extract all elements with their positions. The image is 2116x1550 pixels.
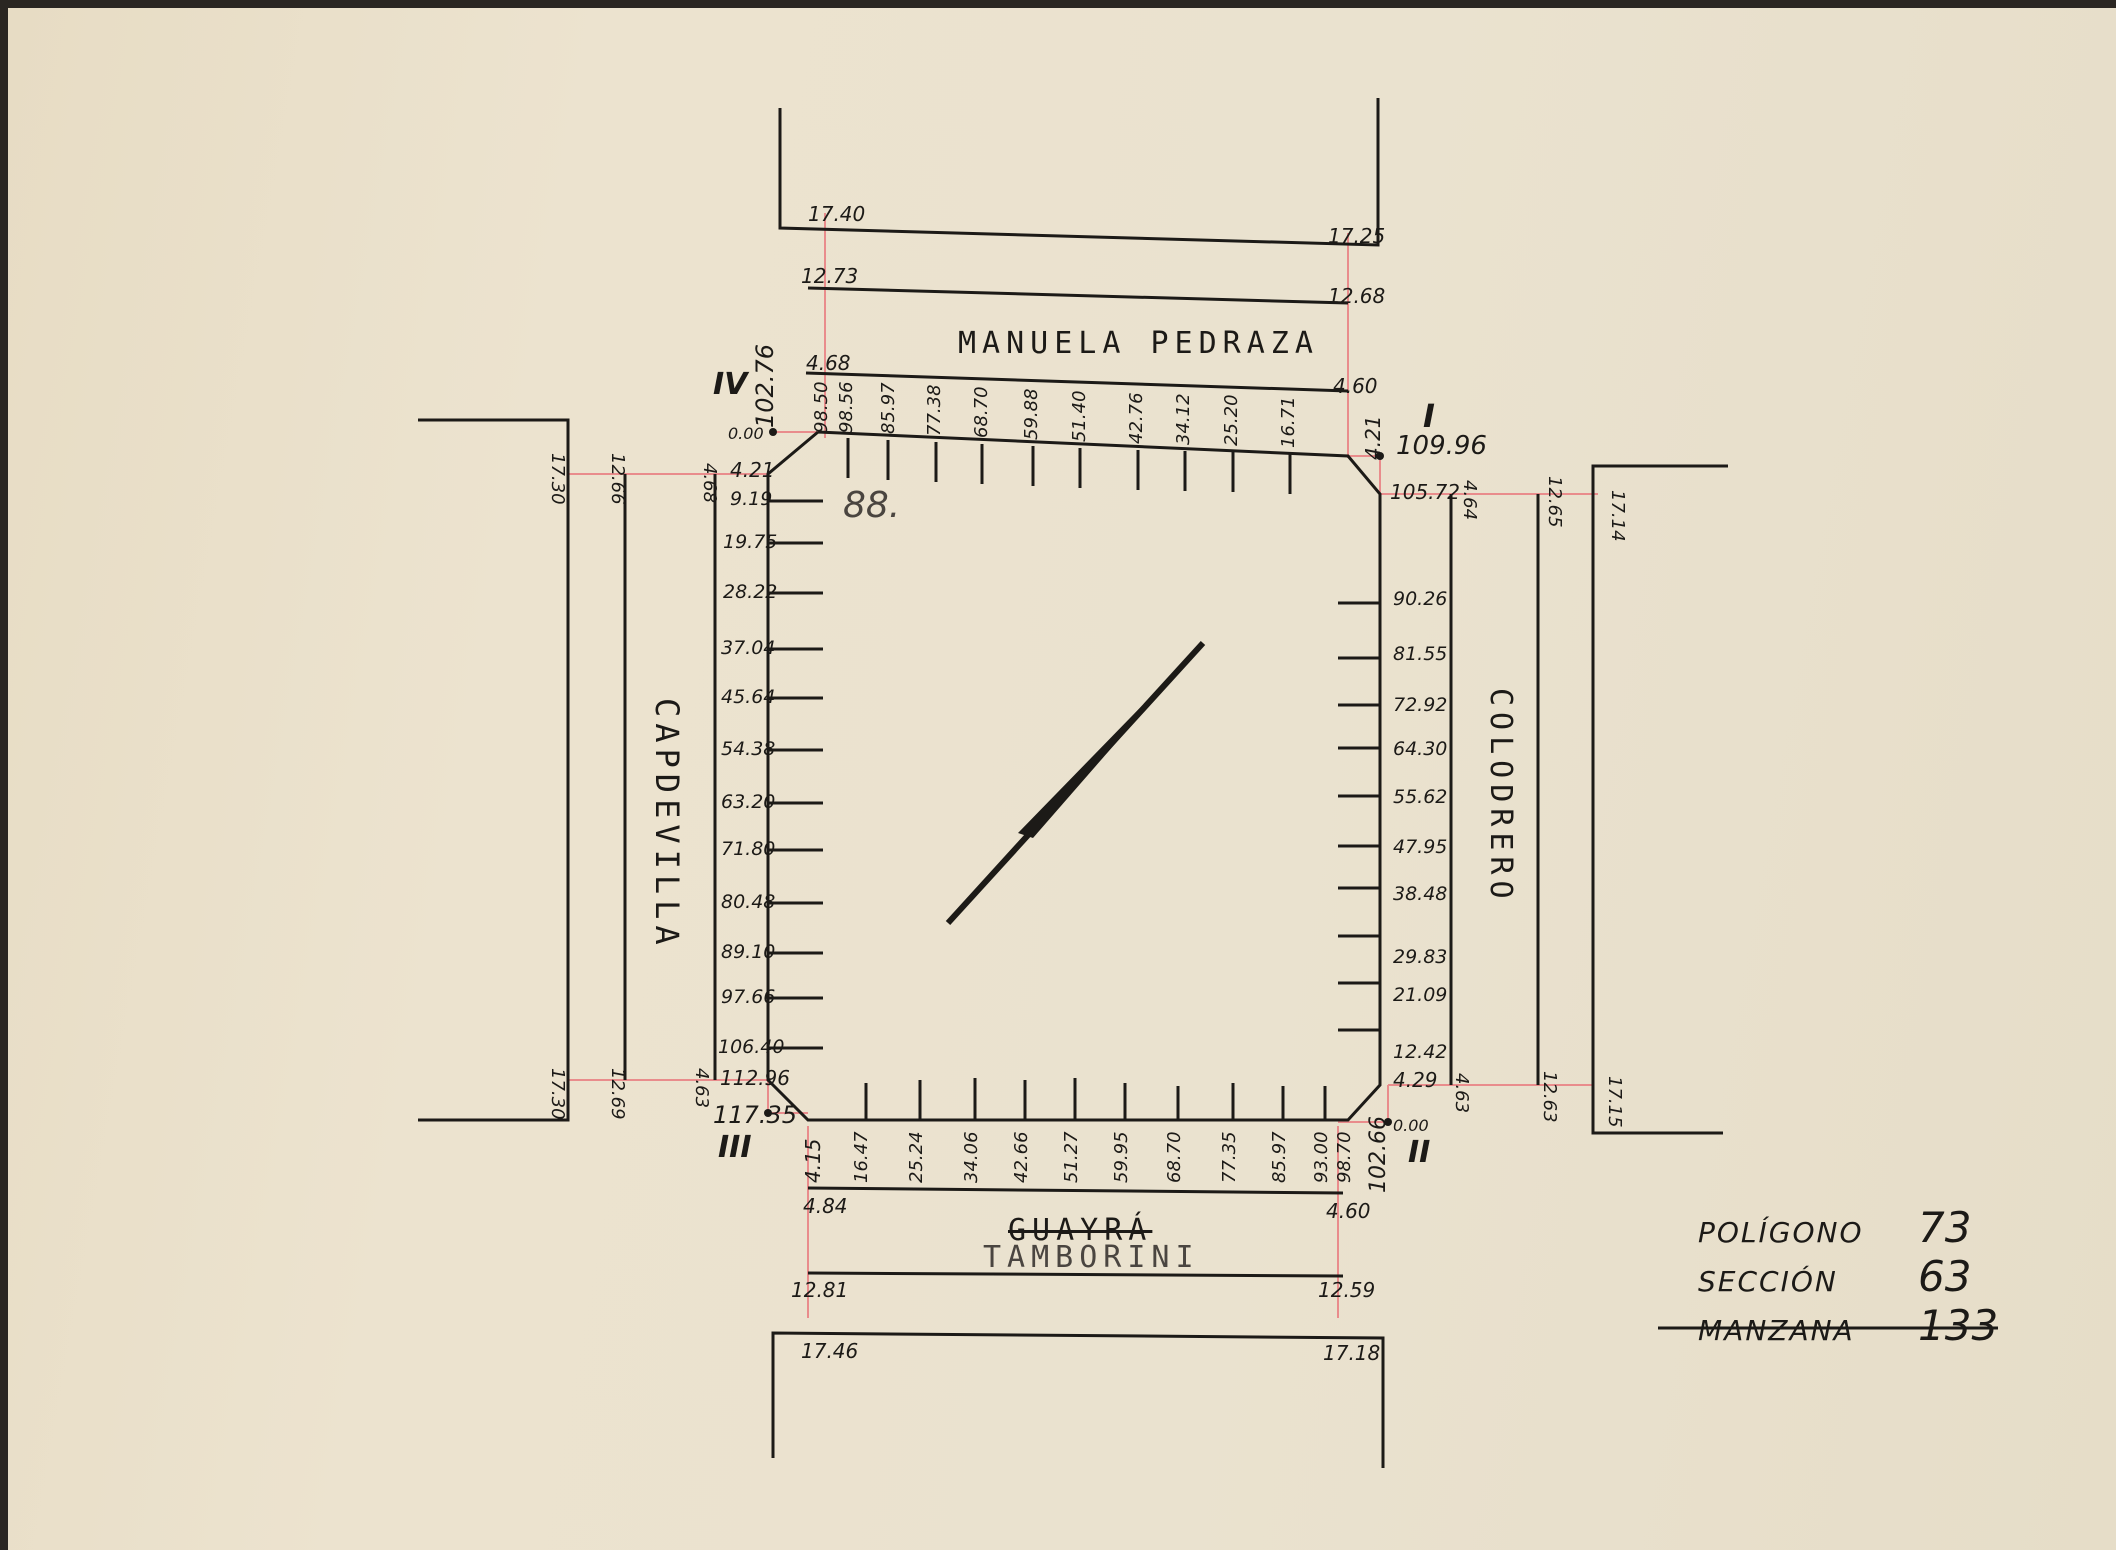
west-distance: 37.04 bbox=[721, 639, 775, 658]
east-distance: 81.55 bbox=[1393, 645, 1447, 664]
west-curb-n: 12.66 bbox=[608, 453, 626, 505]
poligono-value: 73 bbox=[1918, 1203, 1971, 1252]
south-distance: 68.70 bbox=[1166, 1131, 1184, 1183]
east-front-n: 17.14 bbox=[1608, 490, 1626, 542]
west-distance: 71.80 bbox=[721, 840, 775, 859]
east-curb-n: 12.65 bbox=[1545, 476, 1563, 528]
corner-iv-label: IV bbox=[713, 370, 747, 400]
corner-ii-label: II bbox=[1408, 1138, 1430, 1168]
south-curb-w: 12.81 bbox=[791, 1280, 848, 1300]
west-sidewalk-n: 4.68 bbox=[700, 463, 718, 503]
manzana-value: 133 bbox=[1918, 1301, 1998, 1350]
street-south: TAMBORINI bbox=[983, 1240, 1200, 1275]
east-distance: 55.62 bbox=[1393, 788, 1447, 807]
poligono-row: POLÍGONO 73 bbox=[1698, 1203, 1998, 1252]
east-sidewalk-s: 4.63 bbox=[1452, 1073, 1470, 1113]
north-curb-e: 12.68 bbox=[1328, 286, 1385, 306]
pencil-annotation: 88. bbox=[843, 488, 900, 524]
east-curb-s: 12.63 bbox=[1540, 1071, 1558, 1123]
east-front-s: 17.15 bbox=[1605, 1076, 1623, 1128]
north-distance: 16.71 bbox=[1280, 396, 1298, 448]
south-distance: 34.06 bbox=[963, 1131, 981, 1183]
corner-iii-prev: 112.96 bbox=[720, 1068, 790, 1088]
corner-ii-next: 4.29 bbox=[1393, 1070, 1438, 1090]
corner-iii-label: III bbox=[718, 1133, 752, 1163]
corner-iii-perimeter: 117.35 bbox=[713, 1103, 797, 1127]
south-distance: 42.66 bbox=[1013, 1131, 1031, 1183]
south-sidewalk-e: 4.60 bbox=[1326, 1201, 1371, 1221]
corner-ii-prev: 98.70 bbox=[1336, 1131, 1354, 1183]
west-distance: 89.10 bbox=[721, 943, 775, 962]
north-distance: 85.97 bbox=[880, 382, 898, 434]
north-sidewalk-e: 4.60 bbox=[1333, 376, 1378, 396]
west-distance: 80.48 bbox=[721, 893, 775, 912]
corner-iv-next: 4.21 bbox=[730, 460, 775, 480]
parcel-info: POLÍGONO 73 SECCIÓN 63 MANZANA 133 bbox=[1698, 1203, 1998, 1350]
west-distance: 63.20 bbox=[721, 793, 775, 812]
south-distance: 85.97 bbox=[1271, 1131, 1289, 1183]
west-distance: 106.40 bbox=[718, 1038, 784, 1057]
north-distance: 42.76 bbox=[1128, 392, 1146, 444]
north-distance: 51.40 bbox=[1071, 390, 1089, 442]
west-distance: 28.22 bbox=[723, 583, 777, 602]
west-distance: 54.38 bbox=[721, 740, 775, 759]
east-distance: 90.26 bbox=[1393, 590, 1447, 609]
south-front-e: 17.18 bbox=[1323, 1343, 1380, 1363]
street-west: CAPDEVILLA bbox=[648, 698, 686, 951]
west-distance: 9.19 bbox=[730, 490, 772, 509]
west-front-s: 17.30 bbox=[548, 1068, 566, 1120]
north-front-e: 17.25 bbox=[1328, 226, 1385, 246]
east-distance: 64.30 bbox=[1393, 740, 1447, 759]
north-distance: 98.56 bbox=[838, 381, 856, 433]
south-distance: 51.27 bbox=[1063, 1131, 1081, 1183]
south-distance: 59.95 bbox=[1113, 1131, 1131, 1183]
south-distance: 16.47 bbox=[853, 1131, 871, 1183]
south-distance: 77.35 bbox=[1221, 1131, 1239, 1183]
north-distance: 59.88 bbox=[1023, 388, 1041, 440]
east-distance: 72.92 bbox=[1393, 696, 1447, 715]
east-distance: 29.83 bbox=[1393, 948, 1447, 967]
seccion-row: SECCIÓN 63 bbox=[1698, 1252, 1998, 1301]
corner-iv-prev: 98.50 bbox=[813, 381, 831, 433]
south-front-w: 17.46 bbox=[801, 1341, 858, 1361]
seccion-value: 63 bbox=[1918, 1252, 1971, 1301]
corner-i-next: 105.72 bbox=[1390, 482, 1460, 502]
poligono-label: POLÍGONO bbox=[1698, 1216, 1888, 1249]
north-curb-w: 12.73 bbox=[801, 266, 858, 286]
west-sidewalk-s: 4.63 bbox=[692, 1068, 710, 1108]
corner-ii-zero: 0.00 bbox=[1393, 1118, 1429, 1134]
east-distance: 47.95 bbox=[1393, 838, 1447, 857]
south-curb-e: 12.59 bbox=[1318, 1280, 1375, 1300]
north-distance: 77.38 bbox=[926, 384, 944, 436]
corner-iii-next: 4.15 bbox=[803, 1138, 823, 1183]
north-distance: 34.12 bbox=[1175, 393, 1193, 445]
corner-i-prev: 4.21 bbox=[1363, 415, 1383, 460]
south-sidewalk-w: 4.84 bbox=[803, 1196, 848, 1216]
corner-iv-zero: 0.00 bbox=[728, 426, 764, 442]
south-distance: 93.00 bbox=[1313, 1131, 1331, 1183]
west-distance: 45.64 bbox=[721, 688, 775, 707]
west-front-n: 17.30 bbox=[548, 453, 566, 505]
north-distance: 68.70 bbox=[973, 386, 991, 438]
west-distance: 97.66 bbox=[721, 988, 775, 1007]
scanned-sheet: MANUELA PEDRAZA CAPDEVILLA COLODRERO GUA… bbox=[8, 8, 2116, 1550]
street-north: MANUELA PEDRAZA bbox=[958, 326, 1319, 361]
north-sidewalk-w: 4.68 bbox=[806, 353, 851, 373]
east-distance: 21.09 bbox=[1393, 986, 1447, 1005]
north-arrow-icon bbox=[948, 643, 1203, 923]
manzana-row: MANZANA 133 bbox=[1698, 1301, 1998, 1350]
manzana-label: MANZANA bbox=[1698, 1314, 1888, 1347]
south-distance: 25.24 bbox=[908, 1131, 926, 1183]
street-east: COLODRERO bbox=[1483, 688, 1518, 905]
north-distance: 25.20 bbox=[1223, 394, 1241, 446]
east-distance: 38.48 bbox=[1393, 885, 1447, 904]
seccion-label: SECCIÓN bbox=[1698, 1265, 1888, 1298]
east-sidewalk-n: 4.64 bbox=[1460, 480, 1478, 520]
west-distance: 19.75 bbox=[723, 533, 777, 552]
corner-iv-perimeter: 102.76 bbox=[753, 344, 777, 428]
west-curb-s: 12.69 bbox=[608, 1068, 626, 1120]
north-front-w: 17.40 bbox=[808, 204, 865, 224]
corner-i-label: I bbox=[1423, 400, 1435, 432]
east-distance: 12.42 bbox=[1393, 1043, 1447, 1062]
corner-i-perimeter: 109.96 bbox=[1396, 433, 1487, 459]
corner-ii-perimeter: 102.66 bbox=[1368, 1116, 1390, 1193]
